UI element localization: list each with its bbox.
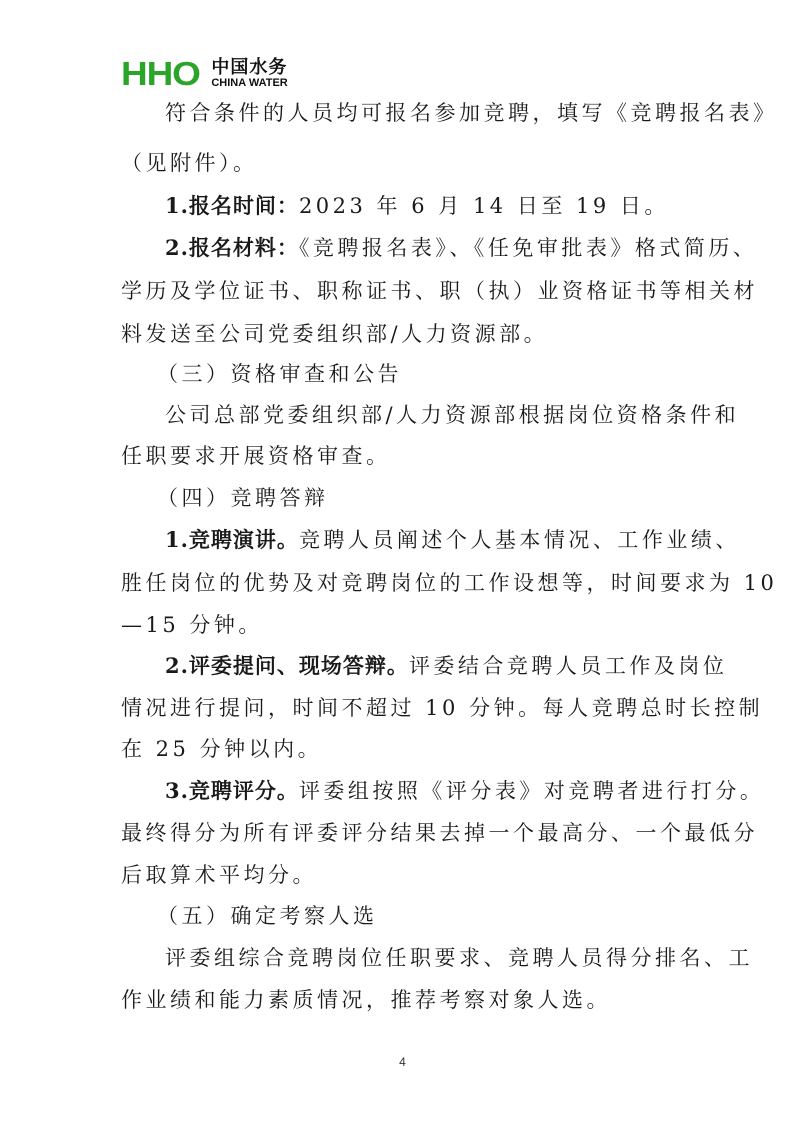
item-registration-materials: 2.报名材料：《竞聘报名表》、《任免审批表》格式简历、	[165, 233, 757, 263]
item-scoring-cont: 最终得分为所有评委评分结果去掉一个最高分、一个最低分	[121, 818, 758, 848]
item-qa-defense: 2.评委提问、现场答辩。评委结合竞聘人员工作及岗位	[165, 651, 727, 681]
page-number: 4	[0, 1055, 805, 1069]
paragraph-candidate-selection: 评委组综合竞聘岗位任职要求、竞聘人员得分排名、工	[165, 943, 753, 973]
item-qa-defense-cont: 在 25 分钟以内。	[121, 734, 322, 764]
company-logo: HHO 中国水务 CHINA WATER	[121, 57, 288, 91]
item-label: 1.报名时间：	[165, 193, 299, 218]
item-qa-defense-cont: 情况进行提问，时间不超过 10 分钟。每人竞聘总时长控制	[121, 693, 763, 723]
section-heading-competition-defense: （四）竞聘答辩	[157, 483, 329, 513]
logo-text: 中国水务 CHINA WATER	[211, 59, 287, 89]
paragraph-candidate-selection-cont: 作业绩和能力素质情况，推荐考察对象人选。	[121, 985, 611, 1015]
item-registration-time: 1.报名时间：2023 年 6 月 14 日至 19 日。	[165, 191, 669, 221]
paragraph-qualification-review: 公司总部党委组织部/人力资源部根据岗位资格条件和	[165, 400, 739, 430]
item-label: 2.评委提问、现场答辩。	[165, 653, 409, 678]
logo-mark: HHO	[121, 57, 200, 91]
item-registration-materials-cont: 学历及学位证书、职称证书、职（执）业资格证书等相关材	[121, 276, 758, 306]
paragraph-registration-intro: 符合条件的人员均可报名参加竞聘，填写《竞聘报名表》	[165, 98, 778, 128]
section-heading-candidate-selection: （五）确定考察人选	[157, 901, 378, 931]
section-heading-qualification-review: （三）资格审查和公告	[157, 359, 402, 389]
item-label: 1.竞聘演讲。	[165, 527, 299, 552]
item-registration-materials-cont: 料发送至公司党委组织部/人力资源部。	[121, 319, 548, 349]
logo-english-name: CHINA WATER	[211, 77, 287, 89]
item-speech-cont: 胜任岗位的优势及对竞聘岗位的工作设想等，时间要求为 10	[121, 568, 777, 598]
item-label: 2.报名材料：	[165, 235, 299, 260]
item-scoring: 3.竞聘评分。评委组按照《评分表》对竞聘者进行打分。	[165, 776, 764, 806]
item-scoring-cont: 后取算术平均分。	[121, 860, 317, 890]
logo-chinese-name: 中国水务	[211, 59, 287, 77]
paragraph-qualification-review-cont: 任职要求开展资格审查。	[121, 441, 391, 471]
paragraph-registration-intro-cont: （见附件）。	[121, 148, 258, 178]
item-speech: 1.竞聘演讲。竞聘人员阐述个人基本情况、工作业绩、	[165, 525, 740, 555]
item-label: 3.竞聘评分。	[165, 778, 299, 803]
item-speech-cont: —15 分钟。	[121, 610, 263, 640]
